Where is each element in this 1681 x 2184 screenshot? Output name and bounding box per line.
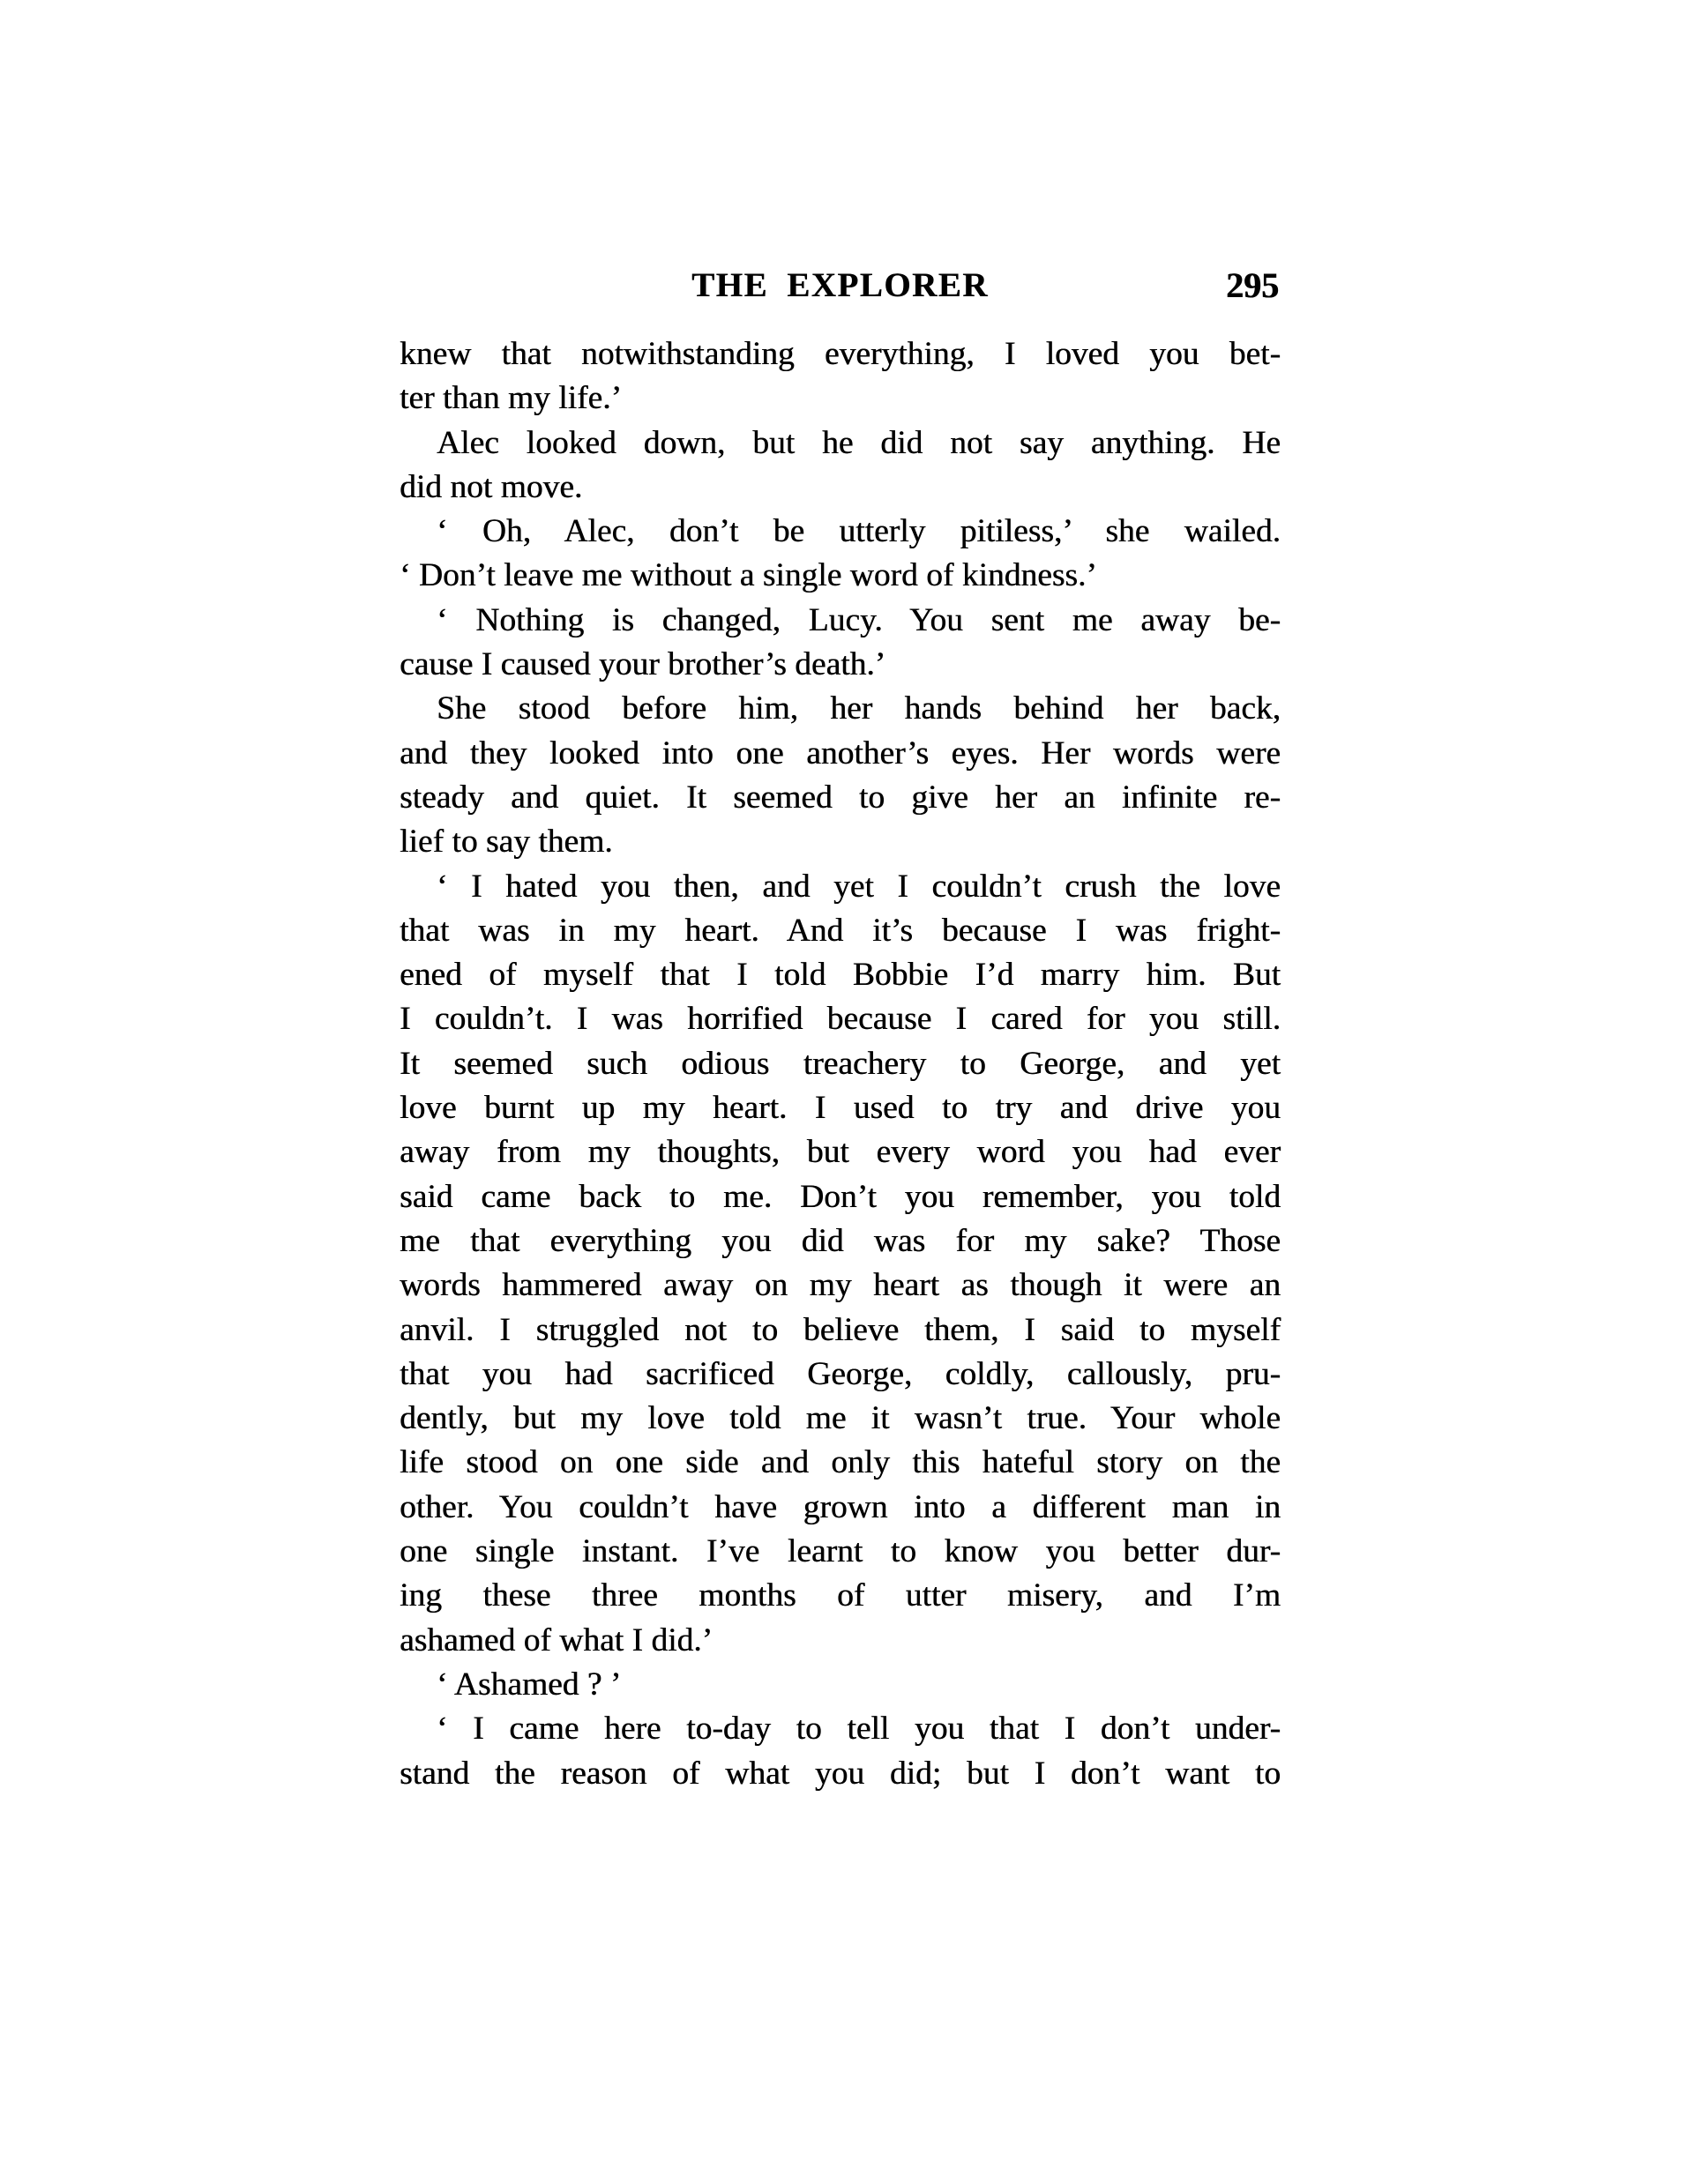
running-head: THE EXPLORER 295 — [400, 265, 1281, 307]
text-line: away from my thoughts, but every word yo… — [400, 1130, 1281, 1174]
text-line: lief to say them. — [400, 820, 1281, 864]
text-line: said came back to me. Don’t you remember… — [400, 1175, 1281, 1219]
text-line: and they looked into one another’s eyes.… — [400, 732, 1281, 776]
text-line: love burnt up my heart. I used to try an… — [400, 1086, 1281, 1130]
text-line: stand the reason of what you did; but I … — [400, 1752, 1281, 1796]
text-line: ter than my life.’ — [400, 376, 1281, 421]
text-line: that was in my heart. And it’s because I… — [400, 909, 1281, 953]
text-line: steady and quiet. It seemed to give her … — [400, 776, 1281, 820]
text-line: ‘ Oh, Alec, don’t be utterly pitiless,’ … — [400, 510, 1281, 554]
text-line: I couldn’t. I was horrified because I ca… — [400, 997, 1281, 1041]
text-line: cause I caused your brother’s death.’ — [400, 643, 1281, 687]
text-line: She stood before him, her hands behind h… — [400, 687, 1281, 731]
text-line: ashamed of what I did.’ — [400, 1619, 1281, 1663]
text-line: me that everything you did was for my sa… — [400, 1219, 1281, 1263]
text-line: ‘ Nothing is changed, Lucy. You sent me … — [400, 599, 1281, 643]
text-line: one single instant. I’ve learnt to know … — [400, 1530, 1281, 1574]
text-line: anvil. I struggled not to believe them, … — [400, 1308, 1281, 1353]
text-line: It seemed such odious treachery to Georg… — [400, 1042, 1281, 1086]
text-line: ‘ Ashamed ? ’ — [400, 1663, 1281, 1707]
text-line: other. You couldn’t have grown into a di… — [400, 1486, 1281, 1530]
text-line: that you had sacrificed George, coldly, … — [400, 1353, 1281, 1397]
text-line: ‘ I came here to-day to tell you that I … — [400, 1707, 1281, 1751]
body-text: knew that notwithstanding everything, I … — [400, 332, 1281, 1796]
text-line: ened of myself that I told Bobbie I’d ma… — [400, 953, 1281, 997]
text-line: life stood on one side and only this hat… — [400, 1441, 1281, 1485]
text-line: dently, but my love told me it wasn’t tr… — [400, 1397, 1281, 1441]
text-line: knew that notwithstanding everything, I … — [400, 332, 1281, 376]
page-number: 295 — [1226, 265, 1279, 307]
text-line: did not move. — [400, 466, 1281, 510]
text-line: ing these three months of utter misery, … — [400, 1574, 1281, 1618]
text-line: words hammered away on my heart as thoug… — [400, 1263, 1281, 1308]
text-line: ‘ Don’t leave me without a single word o… — [400, 554, 1281, 598]
book-page: THE EXPLORER 295 knew that notwithstandi… — [0, 0, 1681, 2184]
running-title: THE EXPLORER — [400, 265, 1281, 307]
text-line: ‘ I hated you then, and yet I couldn’t c… — [400, 865, 1281, 909]
text-line: Alec looked down, but he did not say any… — [400, 421, 1281, 466]
